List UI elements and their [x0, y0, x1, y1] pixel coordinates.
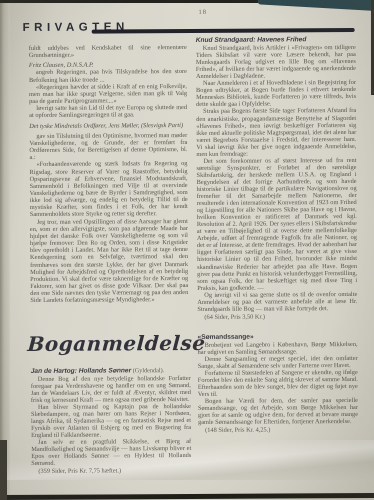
- speaker-name-jens-moeller: Det tyske Mindretals Ordfører, Jens Møll…: [29, 122, 187, 130]
- magazine-page: 18 FRIVAGTEN fuldt uddybes ved Kendskabe…: [0, 0, 374, 500]
- book-review-title-line: Jan de Hartog: Hollands Sønner (Gyldenda…: [31, 367, 191, 375]
- book-price-line: (64 Sider, Pris 3,50 Kr.): [197, 313, 357, 321]
- left-column-politics: fuldt uddybes ved Kendskabet til sine el…: [29, 44, 189, 304]
- paragraph: Og iøvrigt vil vi saa gerne slutte os ti…: [197, 291, 357, 313]
- intro-continuation: fuldt uddybes ved Kendskabet til sine el…: [29, 44, 187, 59]
- paragraph: Brobetjent ved Langebro i København, Bør…: [198, 341, 358, 356]
- paragraph: Forfatterne til Størstedelen af Sangene …: [198, 369, 358, 398]
- book-price-line: (359 Sider, Pris Kr. 7,75 hæftet.): [31, 467, 191, 475]
- book-title: Jan de Hartog: Hollands Sønner: [31, 367, 131, 375]
- paragraph: angreb Regeringen, paa hvis Tilskyndelse…: [29, 68, 187, 83]
- publisher-name: (Gyldendal).: [133, 367, 164, 374]
- paragraph: Denne Bog af den nye betydelige hollands…: [31, 375, 191, 404]
- paragraph: Knud Strandgaard, hvis Artikler i «Friva…: [196, 44, 356, 80]
- paragraph: Iøvrigt satte han sin Lid til det nye Eu…: [29, 104, 187, 119]
- paragraph: Denne Sangsamling er meget speciel, idet…: [198, 355, 358, 370]
- paragraph: Jeg tror, man ved Opstillingen af disse …: [30, 218, 189, 305]
- book-review-title-line: «Sømandssange»: [198, 333, 358, 341]
- paragraph: «Forhaandenværende og stærk Indsats fra …: [29, 160, 187, 218]
- paragraph: Han bliver Styrmand og Kaptajn paa de ho…: [31, 403, 191, 439]
- book-review-title-line: Knud Strandgaard: Havenes Frihed: [196, 36, 356, 44]
- book-review-havenes-frihed: Knud Strandgaard: Havenes Frihed Knud St…: [196, 36, 358, 321]
- photo-corner-bottom-left: [0, 440, 7, 500]
- paragraph: Naar Anmelderen i et af Hovedbladene i s…: [196, 79, 356, 108]
- book-title: «Sømandssange»: [198, 333, 254, 340]
- book-title: Knud Strandgaard: Havenes Frihed: [196, 36, 307, 44]
- paragraph: Bogen har Værdi for dem, der samler paa …: [198, 397, 358, 426]
- photo-background: 18 FRIVAGTEN fuldt uddybes ved Kendskabe…: [0, 0, 374, 500]
- paragraph: «Regeringen hævder at sidde i Kraft af e…: [29, 83, 187, 105]
- paragraph: Det som forekommer os af størst Interess…: [196, 157, 357, 292]
- masthead-rule: [92, 28, 355, 34]
- right-column: Knud Strandgaard: Havenes Frihed Knud St…: [196, 36, 358, 435]
- paragraph: Straks paa Bogens første Side tager Forf…: [196, 107, 356, 157]
- section-heading-boganmeldelse: Boganmeldelse: [27, 331, 207, 356]
- book-price-line: (148 Sider, Pris Kr. 4,25.): [198, 426, 358, 434]
- paragraph: gav sin Tilslutning til den Optimisme, h…: [29, 132, 187, 162]
- paragraph: Jan selv er en pragtfuld Skikkelse, et B…: [31, 438, 191, 467]
- book-review-soemandssange: «Sømandssange» Brobetjent ved Langebro i…: [198, 333, 359, 435]
- book-review-hollands-soenner: Jan de Hartog: Hollands Sønner (Gyldenda…: [31, 367, 192, 475]
- page-number: 18: [199, 9, 208, 16]
